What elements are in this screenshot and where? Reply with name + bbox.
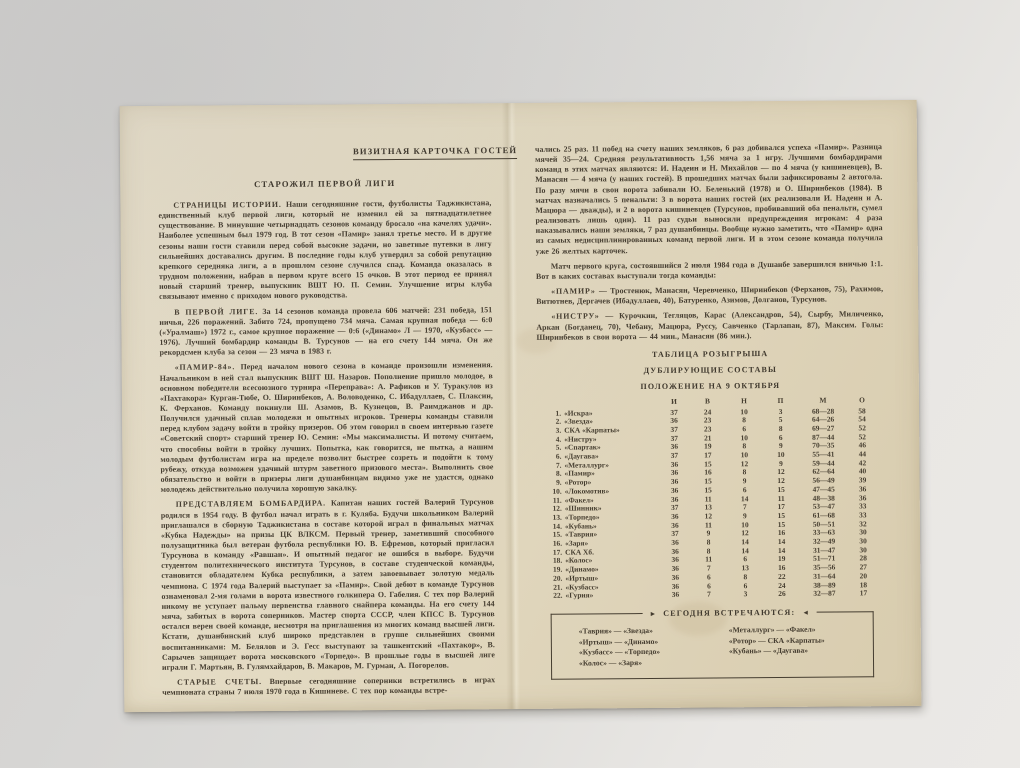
cell-draws: 13 <box>727 564 763 573</box>
cell-goals: 35—56 <box>800 564 848 573</box>
paragraph-text: Наши сегодняшние гости, футболисты Таджи… <box>158 198 492 301</box>
cell-team: «Локомотив» <box>565 487 660 496</box>
cell-draws: 6 <box>727 582 763 591</box>
cell-goals: 50—51 <box>800 520 848 529</box>
paper-stain <box>516 328 556 354</box>
cell-rank: 2. <box>537 418 564 427</box>
cell-rank: 17. <box>538 548 565 557</box>
cell-rank: 10. <box>538 487 565 496</box>
cell-rank: 7. <box>537 461 564 470</box>
paragraph-lead: СТАРЫЕ СЧЕТЫ. <box>177 677 262 687</box>
cell-games: 37 <box>659 434 689 443</box>
paragraph: «ПАМИР» — Тростенюк, Манасян, Черевченко… <box>536 284 883 307</box>
table-row: 9. «Ротор» 36 15 9 12 56—49 39 <box>538 476 885 487</box>
cell-goals: 47—45 <box>800 485 848 494</box>
cell-losses: 22 <box>763 573 800 582</box>
cell-rank: 21. <box>538 583 565 592</box>
paper-stain <box>669 601 727 635</box>
cell-points: 30 <box>848 529 878 538</box>
cell-games: 36 <box>660 521 690 530</box>
table-row: 2. «Звезда» 36 23 8 5 64—26 54 <box>537 415 884 426</box>
cell-rank: 12. <box>538 505 565 514</box>
paragraph-text: За 14 сезонов команда провела 606 матчей… <box>159 305 492 357</box>
table-title: ТАБЛИЦА РОЗЫГРЫША <box>537 348 884 360</box>
standings-table: 1. «Искра» 37 24 10 3 68—28 58 2. «Звезд… <box>537 407 885 601</box>
cell-team: «Спартак» <box>564 443 659 452</box>
cell-points: 44 <box>847 450 877 459</box>
cell-draws: 8 <box>727 573 763 582</box>
cell-wins: 17 <box>689 451 726 460</box>
column-header: П <box>762 397 799 406</box>
cell-points: 52 <box>847 424 877 433</box>
table-row: 6. «Даугава» 37 17 10 10 55—41 44 <box>537 450 884 461</box>
table-row: 8. «Памир» 36 16 8 12 62—64 40 <box>538 468 885 479</box>
cell-wins: 9 <box>690 530 727 539</box>
cell-games: 36 <box>660 556 690 565</box>
cell-points: 33 <box>848 502 878 511</box>
cell-wins: 19 <box>689 443 726 452</box>
table-row: 4. «Нистру» 37 21 10 6 87—44 52 <box>537 433 884 444</box>
cell-losses: 3 <box>762 407 799 416</box>
match-item: «Таврия» — «Звезда» <box>579 626 717 638</box>
cell-goals: 70—35 <box>799 442 847 451</box>
cell-games: 37 <box>660 504 690 513</box>
cell-draws: 8 <box>726 469 762 478</box>
cell-team: «Иртыш» <box>565 574 660 583</box>
cell-points: 36 <box>848 494 878 503</box>
cell-games: 36 <box>660 487 690 496</box>
cell-wins: 6 <box>690 573 727 582</box>
table-row: 21. «Кузбасс» 36 6 6 24 38—89 18 <box>538 581 885 592</box>
today-box: «Таврия» — «Звезда» «Иртыш» — «Динамо» «… <box>551 611 875 679</box>
cell-points: 20 <box>848 572 878 581</box>
table-row: 19. «Динамо» 36 7 13 16 35—56 27 <box>538 563 885 574</box>
paragraph: «ПАМИР-84». Перед началом нового сезона … <box>160 361 494 496</box>
cell-games: 36 <box>660 478 690 487</box>
cell-team: «Факел» <box>565 495 660 504</box>
paragraph-text: Матч первого круга, состоявшийся 2 июля … <box>536 259 883 281</box>
cell-draws: 6 <box>727 486 763 495</box>
column-header: Н <box>726 397 762 406</box>
cell-wins: 11 <box>690 521 727 530</box>
cell-goals: 59—44 <box>799 459 847 468</box>
paragraph-text: — Тростенюк, Манасян, Черевченко, Ширинб… <box>536 284 883 306</box>
match-item: «Колос» — «Заря» <box>579 657 717 669</box>
cell-points: 39 <box>848 476 878 485</box>
cell-draws: 14 <box>727 495 763 504</box>
cell-goals: 68—28 <box>799 407 847 416</box>
cell-points: 27 <box>848 563 878 572</box>
standings-header-row: И В Н П М О <box>537 396 884 407</box>
cell-team: «Памир» <box>565 469 660 478</box>
cell-losses: 16 <box>763 529 800 538</box>
match-list-right: «Металлург» — «Факел» «Ротор» — СКА «Кар… <box>729 625 825 668</box>
cell-draws: 10 <box>726 451 762 460</box>
left-paragraphs: СТРАНИЦЫ ИСТОРИИ. Наши сегодняшние гости… <box>158 198 495 698</box>
paragraph-text: Капитан наших гостей Валерий Турсунов ро… <box>161 498 495 672</box>
cell-games: 36 <box>660 513 690 522</box>
program-paper: ВИЗИТНАЯ КАРТОЧКА ГОСТЕЙ СТАРОЖИЛ ПЕРВОЙ… <box>120 100 922 712</box>
cell-rank: 16. <box>538 540 565 549</box>
cell-team: «Динамо» <box>565 565 660 574</box>
cell-rank: 13. <box>538 514 565 523</box>
cell-games: 36 <box>660 547 690 556</box>
table-row: 7. «Металлург» 36 15 12 9 59—44 42 <box>537 459 884 470</box>
paragraph-text: Впервые сегодняшние соперники встретилис… <box>162 675 495 697</box>
paragraph: СТРАНИЦЫ ИСТОРИИ. Наши сегодняшние гости… <box>158 198 492 302</box>
table-date-heading: ПОЛОЖЕНИЕ НА 9 ОКТЯБРЯ <box>537 380 884 392</box>
cell-losses: 9 <box>762 442 799 451</box>
cell-rank: 19. <box>538 566 565 575</box>
paragraph: «НИСТРУ» — Курочкин, Тегляцов, Карас (Ал… <box>536 309 883 342</box>
cell-losses: 15 <box>763 512 800 521</box>
table-row: 17. СКА Хб. 36 8 14 14 31—47 30 <box>538 546 885 557</box>
cell-losses: 24 <box>763 581 800 590</box>
cell-losses: 15 <box>763 486 800 495</box>
cell-points: 46 <box>847 442 877 451</box>
match-item: «Иртыш» — «Динамо» <box>579 636 717 648</box>
cell-points: 18 <box>848 581 878 590</box>
table-row: 1. «Искра» 37 24 10 3 68—28 58 <box>537 407 884 418</box>
paragraph: В ПЕРВОЙ ЛИГЕ. За 14 сезонов команда про… <box>159 305 492 358</box>
cell-rank: 1. <box>537 409 564 418</box>
table-row: 15. «Таврия» 37 9 12 16 33—63 30 <box>538 529 885 540</box>
column-header: И <box>659 397 689 406</box>
cell-draws: 8 <box>726 442 762 451</box>
cell-losses: 17 <box>763 503 800 512</box>
cell-losses: 6 <box>762 433 799 442</box>
cell-points: 52 <box>847 433 877 442</box>
cell-goals: 87—44 <box>799 433 847 442</box>
cell-goals: 64—26 <box>799 416 847 425</box>
column-header: М <box>799 396 847 405</box>
paragraph: СТАРЫЕ СЧЕТЫ. Впервые сегодняшние соперн… <box>162 675 495 698</box>
cell-goals: 56—49 <box>800 477 848 486</box>
table-row: 10. «Локомотив» 36 15 6 15 47—45 36 <box>538 485 885 496</box>
cell-games: 36 <box>659 460 689 469</box>
cell-draws: 14 <box>727 547 763 556</box>
cell-goals: 61—68 <box>800 511 848 520</box>
rule-line <box>816 612 873 613</box>
cell-games: 36 <box>660 591 690 600</box>
cell-wins: 8 <box>690 547 727 556</box>
continuation-paragraph: чались 25 раз. 11 побед на счету наших з… <box>535 142 883 256</box>
cell-wins: 7 <box>690 591 727 600</box>
cell-wins: 15 <box>690 478 727 487</box>
cell-losses: 15 <box>763 520 800 529</box>
cell-team: «Шинник» <box>565 504 660 513</box>
cell-goals: 62—64 <box>799 468 847 477</box>
left-page-heading: СТАРОЖИЛ ПЕРВОЙ ЛИГИ <box>158 177 491 190</box>
cell-rank: 3. <box>537 427 564 436</box>
cell-team: СКА «Карпаты» <box>564 426 659 435</box>
cell-games: 37 <box>659 408 689 417</box>
cell-games: 37 <box>659 452 689 461</box>
cell-team: «Металлург» <box>564 461 659 470</box>
today-section: ► СЕГОДНЯ ВСТРЕЧАЮТСЯ: ◄ «Таврия» — «Зве… <box>551 607 875 679</box>
cell-games: 37 <box>660 530 690 539</box>
cell-goals: 32—87 <box>800 590 848 599</box>
cell-wins: 24 <box>689 408 726 417</box>
cell-rank: 20. <box>538 575 565 584</box>
cell-games: 36 <box>659 443 689 452</box>
cell-draws: 9 <box>727 512 763 521</box>
cell-team: «Искра» <box>564 408 659 417</box>
cell-points: 42 <box>847 459 877 468</box>
cell-goals: 31—64 <box>800 572 848 581</box>
cell-rank: 5. <box>537 444 564 453</box>
cell-draws: 12 <box>727 529 763 538</box>
paragraph-lead: СТРАНИЦЫ ИСТОРИИ. <box>173 200 281 210</box>
paragraph-lead: «ПАМИР» <box>551 286 596 295</box>
cell-losses: 26 <box>763 590 800 599</box>
cell-wins: 11 <box>690 495 727 504</box>
cell-points: 30 <box>848 546 878 555</box>
paragraph-lead: В ПЕРВОЙ ЛИГЕ. <box>174 307 258 317</box>
cell-games: 36 <box>660 565 690 574</box>
cell-goals: 31—47 <box>800 546 848 555</box>
cell-points: 36 <box>848 485 878 494</box>
table-row: 20. «Иртыш» 36 6 8 22 31—64 20 <box>538 572 885 583</box>
cell-team: «Ротор» <box>565 478 660 487</box>
match-list-left: «Таврия» — «Звезда» «Иртыш» — «Динамо» «… <box>579 626 717 669</box>
fold-crease <box>502 103 521 709</box>
cell-points: 17 <box>848 589 878 598</box>
cell-rank: 14. <box>538 522 565 531</box>
cell-losses: 5 <box>762 416 799 425</box>
cell-games: 36 <box>660 469 690 478</box>
table-row: 16. «Заря» 36 8 14 14 32—49 30 <box>538 537 885 548</box>
cell-losses: 11 <box>763 494 800 503</box>
spread-title: ВИЗИТНАЯ КАРТОЧКА ГОСТЕЙ <box>353 145 517 160</box>
cell-draws: 3 <box>727 590 763 599</box>
cell-losses: 14 <box>763 547 800 556</box>
paragraph-lead: «НИСТРУ» <box>551 312 599 321</box>
match-item: «Металлург» — «Факел» <box>729 625 825 636</box>
cell-points: 28 <box>848 555 878 564</box>
cell-losses: 9 <box>762 460 799 469</box>
paragraph-text: Перед началом нового сезона в команде пр… <box>160 361 494 494</box>
cell-wins: 23 <box>689 425 726 434</box>
cell-points: 54 <box>847 415 877 424</box>
cell-games: 36 <box>660 539 690 548</box>
cell-losses: 12 <box>762 468 799 477</box>
cell-draws: 10 <box>726 434 762 443</box>
table-row: 22. «Гурия» 36 7 3 26 32—87 17 <box>538 589 885 600</box>
cell-rank: 9. <box>538 479 565 488</box>
cell-goals: 32—49 <box>800 537 848 546</box>
today-header: ► СЕГОДНЯ ВСТРЕЧАЮТСЯ: ◄ <box>551 607 874 620</box>
cell-draws: 12 <box>726 460 762 469</box>
cell-goals: 53—47 <box>800 503 848 512</box>
cell-losses: 14 <box>763 538 800 547</box>
cell-goals: 38—89 <box>800 581 848 590</box>
cell-draws: 8 <box>726 416 762 425</box>
cell-losses: 19 <box>763 555 800 564</box>
cell-team: «Звезда» <box>564 417 659 426</box>
page-left: СТАРОЖИЛ ПЕРВОЙ ЛИГИ СТРАНИЦЫ ИСТОРИИ. Н… <box>158 177 495 703</box>
cell-rank: 6. <box>537 453 564 462</box>
cell-rank: 4. <box>537 435 564 444</box>
cell-team: СКА Хб. <box>565 548 660 557</box>
cell-draws: 6 <box>727 556 763 565</box>
cell-wins: 8 <box>690 538 727 547</box>
cell-team: «Кубань» <box>565 522 660 531</box>
cell-points: 33 <box>848 511 878 520</box>
arrow-left-icon: ◄ <box>802 608 809 618</box>
cell-wins: 16 <box>690 469 727 478</box>
cell-rank: 22. <box>538 592 565 601</box>
cell-losses: 12 <box>763 477 800 486</box>
cell-team: «Гурия» <box>565 591 660 600</box>
page-right: чались 25 раз. 11 побед на счету наших з… <box>535 142 886 679</box>
cell-wins: 15 <box>690 486 727 495</box>
cell-team: «Торпедо» <box>565 513 660 522</box>
cell-goals: 51—71 <box>800 555 848 564</box>
cell-goals: 33—63 <box>800 529 848 538</box>
today-title: СЕГОДНЯ ВСТРЕЧАЮТСЯ: <box>663 608 795 618</box>
rule-line <box>551 614 643 616</box>
cell-goals: 48—38 <box>800 494 848 503</box>
table-row: 14. «Кубань» 36 11 10 15 50—51 32 <box>538 520 885 531</box>
cell-team: «Колос» <box>565 556 660 565</box>
photo-background: ВИЗИТНАЯ КАРТОЧКА ГОСТЕЙ СТАРОЖИЛ ПЕРВОЙ… <box>0 0 1020 768</box>
cell-points: 32 <box>848 520 878 529</box>
cell-wins: 7 <box>690 565 727 574</box>
cell-team: «Таврия» <box>565 530 660 539</box>
table-row: 12. «Шинник» 37 13 7 17 53—47 33 <box>538 502 885 513</box>
cell-team: «Нистру» <box>564 435 659 444</box>
cell-rank: 15. <box>538 531 565 540</box>
column-header: О <box>847 396 877 405</box>
cell-wins: 15 <box>689 460 726 469</box>
cell-team: «Даугава» <box>564 452 659 461</box>
match-item: «Ротор» — СКА «Карпаты» <box>729 635 825 646</box>
paragraph-lead: «ПАМИР-84». <box>175 363 236 372</box>
cell-wins: 23 <box>689 417 726 426</box>
cell-rank: 8. <box>538 470 565 479</box>
paragraph: Матч первого круга, состоявшийся 2 июля … <box>536 259 883 282</box>
header-spacer <box>537 398 659 408</box>
paragraph-text: — Курочкин, Тегляцов, Карас (Александров… <box>536 309 883 341</box>
paper-stain <box>268 560 314 586</box>
paragraph: ПРЕДСТАВЛЯЕМ БОМБАРДИРА. Капитан наших г… <box>161 498 495 673</box>
paragraph-lead: ПРЕДСТАВЛЯЕМ БОМБАРДИРА. <box>176 499 326 509</box>
cell-games: 36 <box>660 574 690 583</box>
cell-draws: 9 <box>727 477 763 486</box>
table-row: 3. СКА «Карпаты» 37 23 6 8 69—27 52 <box>537 424 884 435</box>
cell-wins: 11 <box>690 556 727 565</box>
cell-draws: 14 <box>727 538 763 547</box>
cell-games: 36 <box>660 495 690 504</box>
cell-points: 58 <box>847 407 877 416</box>
match-item: «Кубань» — «Даугава» <box>729 646 825 657</box>
cell-draws: 10 <box>727 521 763 530</box>
cell-losses: 8 <box>762 425 799 434</box>
cell-team: «Кузбасс» <box>565 582 660 591</box>
table-row: 11. «Факел» 36 11 14 11 48—38 36 <box>538 494 885 505</box>
match-item: «Кузбасс» — «Торпедо» <box>579 647 717 659</box>
table-row: 13. «Торпедо» 36 12 9 15 61—68 33 <box>538 511 885 522</box>
cell-draws: 6 <box>726 425 762 434</box>
cell-wins: 6 <box>690 582 727 591</box>
cell-team: «Заря» <box>565 539 660 548</box>
arrow-right-icon: ► <box>649 609 656 619</box>
cell-wins: 12 <box>690 512 727 521</box>
cell-losses: 10 <box>762 451 799 460</box>
cell-losses: 16 <box>763 564 800 573</box>
right-paragraphs: Матч первого круга, состоявшийся 2 июля … <box>536 259 884 343</box>
cell-rank: 18. <box>538 557 565 566</box>
cell-rank: 11. <box>538 496 565 505</box>
column-header: В <box>689 397 726 406</box>
cell-goals: 55—41 <box>799 450 847 459</box>
cell-games: 36 <box>659 417 689 426</box>
cell-games: 37 <box>659 426 689 435</box>
cell-draws: 10 <box>726 408 762 417</box>
cell-points: 30 <box>848 537 878 546</box>
table-row: 18. «Колос» 36 11 6 19 51—71 28 <box>538 555 885 566</box>
cell-draws: 7 <box>727 503 763 512</box>
table-row: 5. «Спартак» 36 19 8 9 70—35 46 <box>537 441 884 452</box>
cell-wins: 13 <box>690 504 727 513</box>
cell-wins: 21 <box>689 434 726 443</box>
cell-goals: 69—27 <box>799 424 847 433</box>
table-subtitle: ДУБЛИРУЮЩИЕ СОСТАВЫ <box>537 364 884 376</box>
cell-games: 36 <box>660 582 690 591</box>
cell-points: 40 <box>847 468 877 477</box>
